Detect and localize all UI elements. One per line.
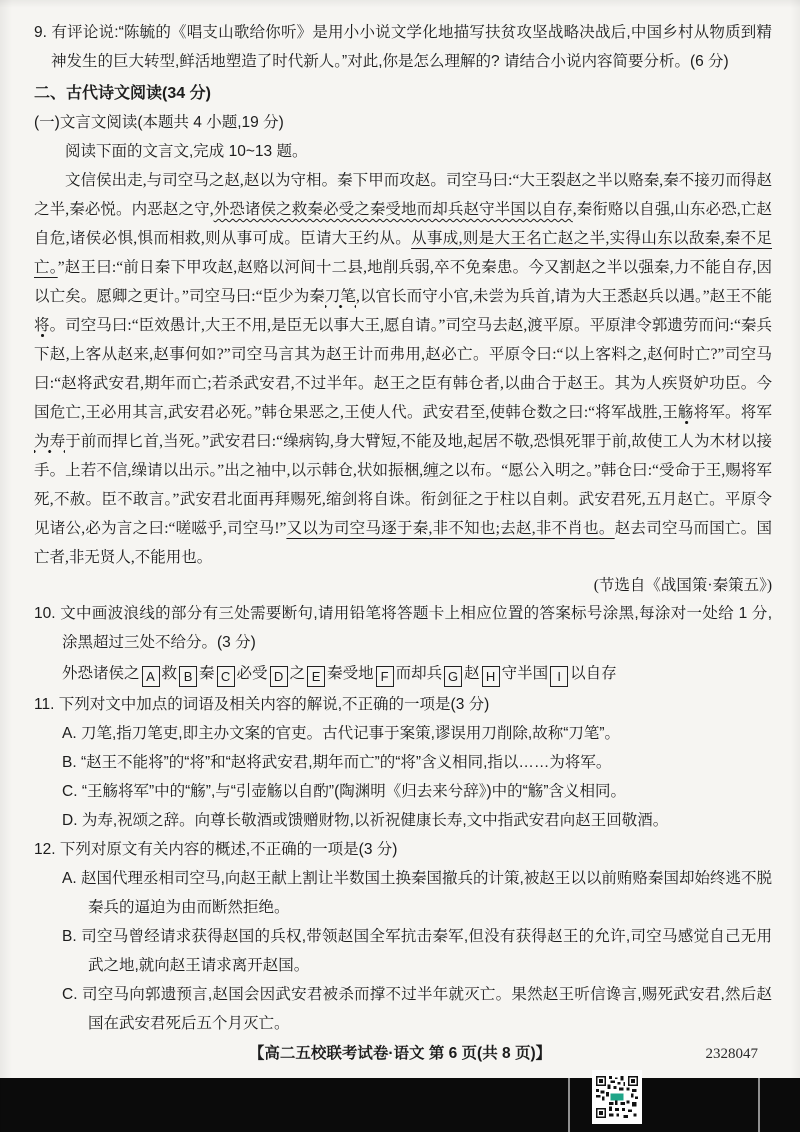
question-11-text: 下列对文中加点的词语及相关内容的解说,不正确的一项是(3 分) (59, 696, 490, 713)
question-11-option-c: C. “王觞将军”中的“觞”,与“引壶觞以自酌”(陶渊明《归去来兮辞》)中的“觞… (62, 777, 772, 806)
text-segment: 刀笔 (325, 288, 356, 309)
scanned-exam-page: { "q9": { "number": "9.", "text": "有评论说:… (0, 0, 800, 1132)
text-segment: 救 (162, 665, 178, 682)
text-segment: 以自存 (570, 665, 617, 682)
question-11-number: 11. (34, 696, 54, 713)
page-content: 9. 有评论说:“陈毓的《唱支山歌给你听》是用小小说文学化地描写扶贫攻坚战略决战… (34, 18, 772, 1038)
scan-streak (758, 1078, 760, 1132)
option-label: C. (62, 986, 78, 1003)
answer-letter-box: H (482, 666, 500, 687)
question-11-option-a: A. 刀笔,指刀笔吏,即主办文案的官吏。古代记事于案策,谬误用刀削除,故称“刀笔… (62, 719, 772, 748)
qr-code (592, 1070, 642, 1124)
text-segment: 秦受地 (327, 665, 374, 682)
exam-code: 2328047 (706, 1040, 759, 1068)
text-segment: 觞 (678, 404, 694, 425)
text-segment: 必受 (237, 665, 268, 682)
text-segment: ,以官长而守小官,未尝为兵首,请为大王悉赵兵以遇。”赵王不能 (356, 288, 772, 305)
text-segment: 又以为司空马逐于秦,非不知也;去赵,非不肖也。 (286, 520, 614, 537)
passage-source: (节选自《战国策·秦策五》) (34, 572, 772, 599)
question-10-text: 文中画波浪线的部分有三处需要断句,请用铅笔将答题卡上相应位置的答案标号涂黑,每涂… (60, 605, 772, 651)
question-11: 11. 下列对文中加点的词语及相关内容的解说,不正确的一项是(3 分) A. 刀… (34, 690, 772, 835)
answer-letter-box: G (444, 666, 462, 687)
page-footer: 【高二五校联考试卷·语文 第 6 页(共 8 页)】 (0, 1040, 800, 1068)
question-10-stem: 10. 文中画波浪线的部分有三处需要断句,请用铅笔将答题卡上相应位置的答案标号涂… (34, 599, 772, 657)
option-label: D. (62, 812, 78, 829)
question-12-option-c: C. 司空马向郭遗预言,赵国会因武安君被杀而撑不过半年就灭亡。果然赵王听信谗言,… (62, 980, 772, 1038)
question-9-text: 有评论说:“陈毓的《唱支山歌给你听》是用小小说文学化地描写扶贫攻坚战略决战后,中… (51, 24, 772, 70)
option-text: “赵王不能将”的“将”和“赵将武安君,期年而亡”的“将”含义相同,指以……为将军… (81, 754, 611, 771)
option-text: 赵国代理丞相司空马,向赵王献上割让半数国土换秦国撤兵的计策,被赵王以以前贿赂秦国… (81, 870, 772, 916)
question-12-stem: 12. 下列对原文有关内容的概述,不正确的一项是(3 分) (34, 835, 772, 864)
text-segment: 之 (290, 665, 306, 682)
scan-bottom-bar (0, 1078, 800, 1132)
scan-streak (568, 1078, 570, 1132)
text-segment: 外恐诸侯之救秦必受之秦受地而却兵赵守半国以自存 (214, 201, 573, 218)
text-segment: 将 (34, 317, 50, 338)
text-segment: 而却兵 (396, 665, 443, 682)
question-12-number: 12. (34, 841, 56, 858)
answer-letter-box: B (179, 666, 197, 687)
text-segment: 外恐诸侯之 (62, 665, 140, 682)
option-label: A. (62, 870, 77, 887)
text-segment: 赵 (464, 665, 480, 682)
option-label: B. (62, 928, 77, 945)
question-11-stem: 11. 下列对文中加点的词语及相关内容的解说,不正确的一项是(3 分) (34, 690, 772, 719)
answer-letter-box: I (550, 666, 568, 687)
question-12: 12. 下列对原文有关内容的概述,不正确的一项是(3 分) A. 赵国代理丞相司… (34, 835, 772, 1038)
question-10-number: 10. (34, 605, 56, 622)
question-10: 10. 文中画波浪线的部分有三处需要断句,请用铅笔将答题卡上相应位置的答案标号涂… (34, 599, 772, 690)
answer-letter-box: E (307, 666, 325, 687)
option-text: “王觞将军”中的“觞”,与“引壶觞以自酌”(陶渊明《归去来兮辞》)中的“觞”含义… (82, 783, 626, 800)
section-heading: 二、古代诗文阅读(34 分) (34, 79, 772, 108)
option-text: 司空马曾经请求获得赵国的兵权,带领赵国全军抗击秦军,但没有获得赵王的允许,司空马… (81, 928, 772, 974)
question-9-number: 9. (34, 24, 47, 41)
classical-passage: 文信侯出走,与司空马之赵,赵以为守相。秦下甲而攻赵。司空马曰:“大王裂赵之半以赂… (34, 166, 772, 572)
qr-code-image (596, 1076, 638, 1118)
text-segment: 守半国 (502, 665, 549, 682)
text-segment: 。司空马曰:“臣效愚计,大王不用,是臣无以事大王,愿自请。”司空马去赵,渡平原。… (34, 317, 772, 421)
answer-letter-box: A (142, 666, 160, 687)
question-12-text: 下列对原文有关内容的概述,不正确的一项是(3 分) (60, 841, 398, 858)
option-text: 刀笔,指刀笔吏,即主办文案的官吏。古代记事于案策,谬误用刀削除,故称“刀笔”。 (81, 725, 620, 742)
question-12-option-a: A. 赵国代理丞相司空马,向赵王献上割让半数国土换秦国撤兵的计策,被赵王以以前贿… (62, 864, 772, 922)
option-text: 司空马向郭遗预言,赵国会因武安君被杀而撑不过半年就灭亡。果然赵王听信谗言,赐死武… (82, 986, 772, 1032)
text-segment: 秦 (199, 665, 215, 682)
answer-letter-box: D (270, 666, 288, 687)
question-12-option-b: B. 司空马曾经请求获得赵国的兵权,带领赵国全军抗击秦军,但没有获得赵王的允许,… (62, 922, 772, 980)
option-label: C. (62, 783, 78, 800)
answer-letter-box: C (217, 666, 235, 687)
answer-letter-box: F (376, 666, 394, 687)
option-text: 为寿,祝颂之辞。向尊长敬酒或馈赠财物,以祈祝健康长寿,文中指武安君向赵王回敬酒。 (82, 812, 668, 829)
question-11-option-d: D. 为寿,祝颂之辞。向尊长敬酒或馈赠财物,以祈祝健康长寿,文中指武安君向赵王回… (62, 806, 772, 835)
question-10-answer-line: 外恐诸侯之A救B秦C必受D之E秦受地F而却兵G赵H守半国I以自存 (62, 657, 772, 690)
question-9: 9. 有评论说:“陈毓的《唱支山歌给你听》是用小小说文学化地描写扶贫攻坚战略决战… (34, 18, 772, 76)
question-11-option-b: B. “赵王不能将”的“将”和“赵将武安君,期年而亡”的“将”含义相同,指以……… (62, 748, 772, 777)
option-label: A. (62, 725, 77, 742)
passage-intro: 阅读下面的文言文,完成 10~13 题。 (34, 137, 772, 166)
option-label: B. (62, 754, 77, 771)
text-segment: 将军。将军 (694, 404, 772, 421)
text-segment: 为寿 (34, 433, 65, 454)
section-sub-heading: (一)文言文阅读(本题共 4 小题,19 分) (34, 108, 772, 137)
